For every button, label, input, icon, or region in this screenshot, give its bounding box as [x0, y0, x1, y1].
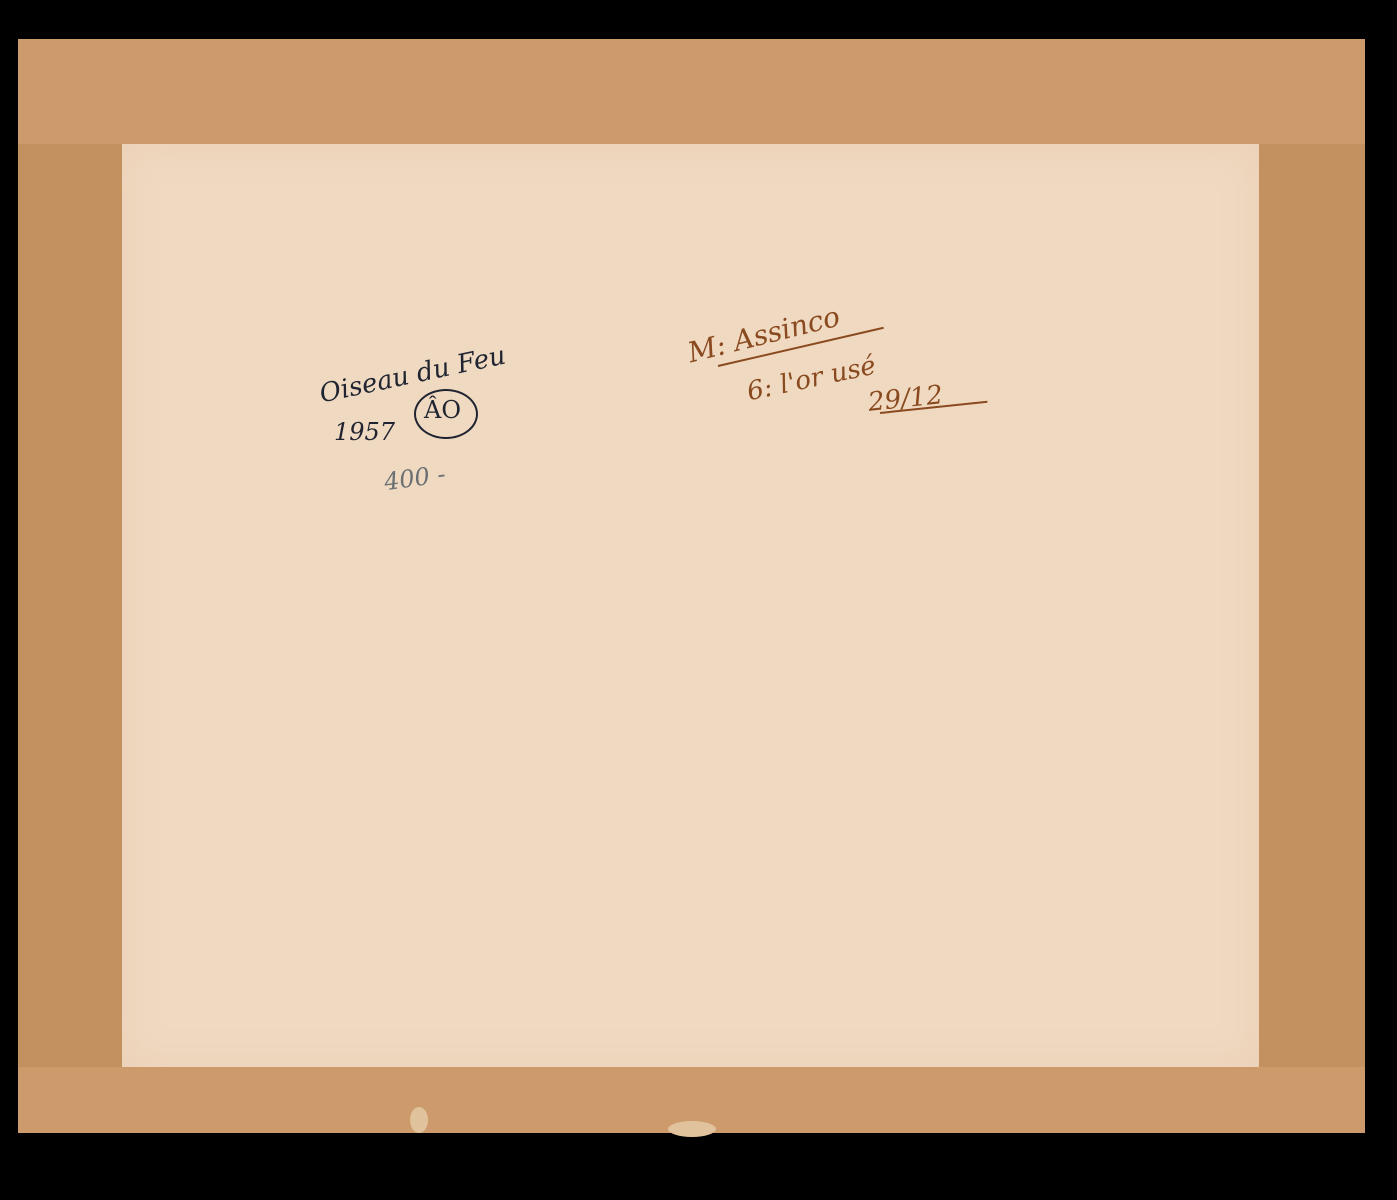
tape-right	[1259, 39, 1365, 1133]
tape-top	[18, 39, 1365, 144]
tape-tear-mark	[668, 1121, 716, 1137]
tape-tear-mark	[410, 1107, 428, 1133]
artwork-year-note: 1957	[334, 418, 395, 446]
cardboard-backing	[18, 39, 1365, 1133]
monogram-note: ÂO	[424, 396, 461, 424]
tape-left	[18, 39, 122, 1133]
paper-sheet	[122, 144, 1259, 1067]
